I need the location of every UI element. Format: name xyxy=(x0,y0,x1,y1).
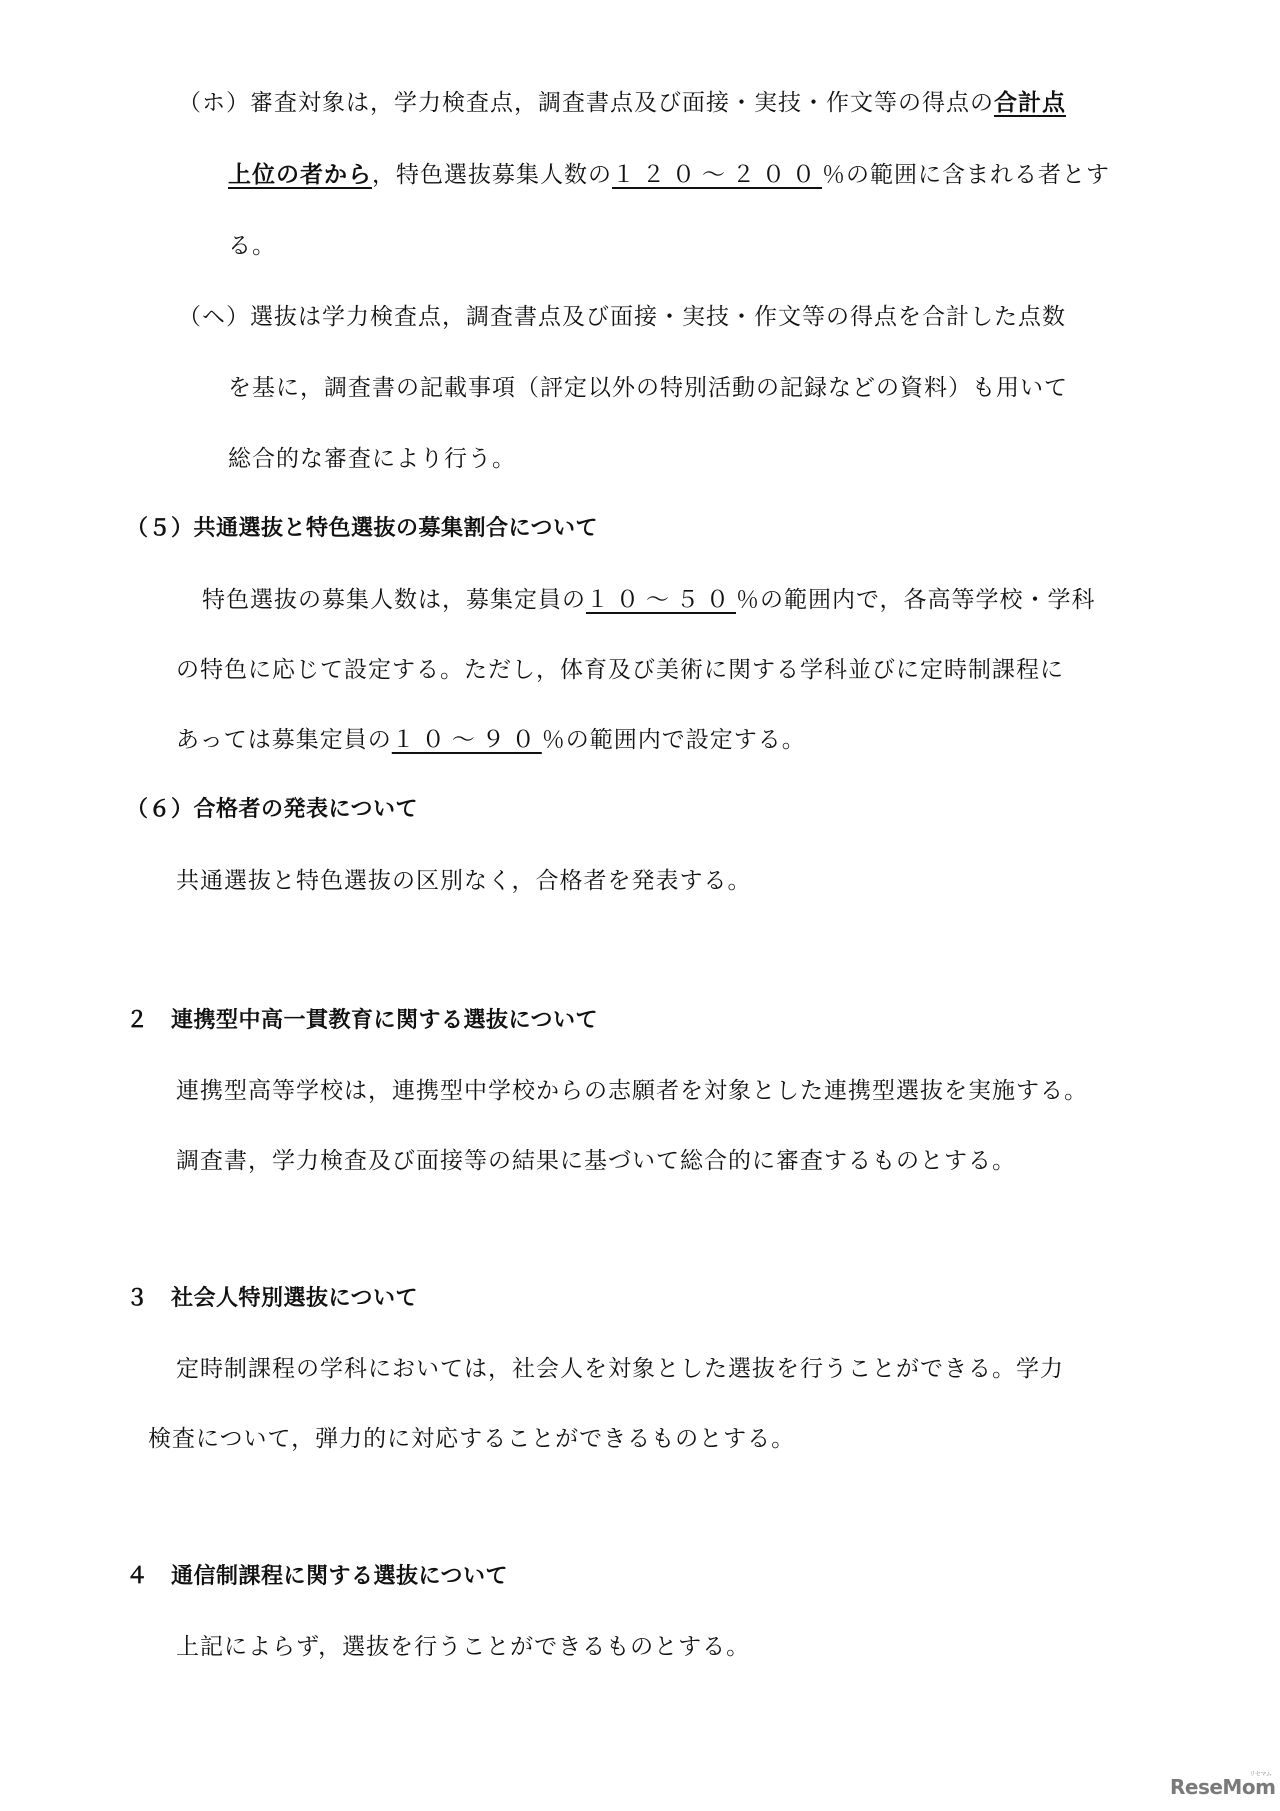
section-3-text: 定時制課程の学科においては，社会人を対象とした選抜を行うことができる。学力 xyxy=(176,1356,1064,1382)
section-2-line2: 調査書，学力検査及び面接等の結果に基づいて総合的に審査するものとする。 xyxy=(176,1146,1016,1176)
item-ho-text: ％の範囲に含まれる者とす xyxy=(822,162,1110,188)
item-he-line3: 総合的な審査により行う。 xyxy=(228,444,516,474)
section-3-text: 検査について，弾力的に対応することができるものとする。 xyxy=(148,1426,795,1452)
section-5-line1: 特色選抜の募集人数は，募集定員の１０～５０％の範囲内で，各高等学校・学科 xyxy=(202,585,1096,615)
item-he-line1: （ヘ）選抜は学力検査点，調査書点及び面接・実技・作文等の得点を合計した点数 xyxy=(178,302,1066,332)
section-5-line2: の特色に応じて設定する。ただし，体育及び美術に関する学科並びに定時制課程に xyxy=(176,655,1064,685)
section-4-line1: 上記によらず，選抜を行うことができるものとする。 xyxy=(176,1632,750,1662)
section-2-line1: 連携型高等学校は，連携型中学校からの志願者を対象とした連携型選抜を実施する。 xyxy=(176,1076,1088,1106)
section-2-text: 調査書，学力検査及び面接等の結果に基づいて総合的に審査するものとする。 xyxy=(176,1148,1016,1174)
section-5-range-b: １０～９０ xyxy=(392,727,542,753)
resemom-logo-kana: リセマム xyxy=(1249,1769,1271,1778)
section-2-text: 連携型高等学校は，連携型中学校からの志願者を対象とした連携型選抜を実施する。 xyxy=(176,1078,1088,1104)
section-4-heading: ４ 通信制課程に関する選抜について xyxy=(126,1562,508,1592)
section-2-heading: ２ 連携型中高一貫教育に関する選抜について xyxy=(126,1006,598,1036)
section-3-heading: ３ 社会人特別選抜について xyxy=(126,1284,418,1314)
section-6-heading: （６）合格者の発表について xyxy=(126,795,418,825)
item-ho-text: ，特色選抜募集人数の xyxy=(372,162,612,188)
section-6-text: 共通選抜と特色選抜の区別なく，合格者を発表する。 xyxy=(176,868,752,894)
section-3-line2: 検査について，弾力的に対応することができるものとする。 xyxy=(148,1424,795,1454)
section-6-line1: 共通選抜と特色選抜の区別なく，合格者を発表する。 xyxy=(176,866,752,896)
item-ho-line2: 上位の者から，特色選抜募集人数の１２０～２００％の範囲に含まれる者とす xyxy=(228,160,1110,190)
section-5-text: あっては募集定員の xyxy=(176,727,392,753)
item-ho-emphasis-total: 合計点 xyxy=(994,90,1066,116)
item-he-text: （ヘ）選抜は学力検査点，調査書点及び面接・実技・作文等の得点を合計した点数 xyxy=(178,304,1066,330)
item-ho-line1: （ホ）審査対象は，学力検査点，調査書点及び面接・実技・作文等の得点の合計点 xyxy=(178,88,1066,118)
item-ho-text: る。 xyxy=(228,233,276,259)
item-he-text: を基に，調査書の記載事項（評定以外の特別活動の記録などの資料）も用いて xyxy=(228,375,1068,401)
section-5-text: 特色選抜の募集人数は，募集定員の xyxy=(202,587,586,613)
resemom-logo: ReseMom リセマム xyxy=(1170,1775,1275,1799)
section-5-text: ％の範囲内で設定する。 xyxy=(542,727,806,753)
section-5-text: の特色に応じて設定する。ただし，体育及び美術に関する学科並びに定時制課程に xyxy=(176,657,1064,683)
item-he-text: 総合的な審査により行う。 xyxy=(228,446,516,472)
item-ho-emphasis-top: 上位の者から xyxy=(228,162,372,188)
item-ho-text: （ホ）審査対象は，学力検査点，調査書点及び面接・実技・作文等の得点の xyxy=(178,90,994,116)
section-3-line1: 定時制課程の学科においては，社会人を対象とした選抜を行うことができる。学力 xyxy=(176,1354,1064,1384)
section-5-range-a: １０～５０ xyxy=(586,587,736,613)
item-he-line2: を基に，調査書の記載事項（評定以外の特別活動の記録などの資料）も用いて xyxy=(228,373,1068,403)
section-5-line3: あっては募集定員の１０～９０％の範囲内で設定する。 xyxy=(176,725,806,755)
item-ho-line3: る。 xyxy=(228,231,276,261)
item-ho-range: １２０～２００ xyxy=(612,162,822,188)
resemom-logo-text: ReseMom xyxy=(1170,1775,1275,1799)
section-5-text: ％の範囲内で，各高等学校・学科 xyxy=(736,587,1096,613)
section-5-heading: （５）共通選抜と特色選抜の募集割合について xyxy=(126,514,598,544)
section-4-text: 上記によらず，選抜を行うことができるものとする。 xyxy=(176,1634,750,1660)
